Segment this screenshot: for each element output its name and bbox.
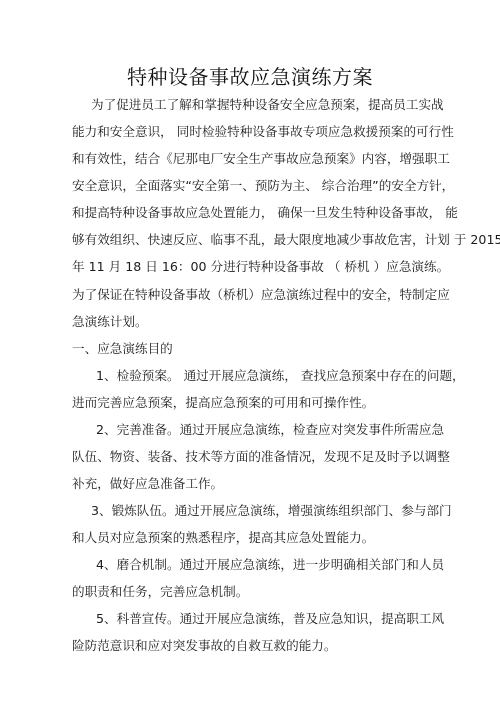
paragraph-line: 5、科普宣传。通过开展应急演练，普及应急知识，提高职工风 [96, 610, 444, 628]
paragraph-line: 队伍、物资、装备、技术等方面的准备情况，发现不足及时予以调整 [72, 448, 450, 466]
paragraph-line: 2、完善准备。通过开展应急演练，检查应对突发事件所需应急 [96, 421, 444, 439]
paragraph-line: 4、磨合机制。通过开展应急演练，进一步明确相关部门和人员 [96, 556, 444, 574]
paragraph-line: 3、锻炼队伍。通过开展应急演练，增强演练组织部门、参与部门 [91, 502, 452, 520]
paragraph-line: 为了促进员工了解和掌握特种设备安全应急预案，提高员工实战 [91, 96, 444, 114]
paragraph-line: 为了保证在特种设备事故（桥机）应急演练过程中的安全，特制定应 [72, 286, 450, 304]
paragraph-line: 险防范意识和应对突发事故的自救互救的能力。 [72, 637, 336, 655]
paragraph-line: 和提高特种设备事故应急处置能力， 确保一旦发生特种设备事故， 能 [72, 204, 458, 222]
paragraph-line: 安全意识，全面落实“安全第一、预防为主、 综合治理”的安全方针， [72, 177, 454, 195]
paragraph-line: 的职责和任务，完善应急机制。 [72, 583, 248, 601]
paragraph-line: 1、检验预案。 通过开展应急演练， 查找应急预案中存在的问题， [96, 367, 465, 385]
document-title: 特种设备事故应急演练方案 [0, 64, 500, 90]
paragraph-line: 一、应急演练目的 [72, 340, 173, 358]
paragraph-line: 够有效组织、快速反应、临事不乱，最大限度地减少事故危害，计划 于 2015 [72, 231, 500, 249]
paragraph-line: 进而完善应急预案，提高应急预案的可用和可操作性。 [72, 394, 374, 412]
paragraph-line: 能力和安全意识， 同时检验特种设备事故专项应急救援预案的可行性 [72, 123, 454, 141]
paragraph-line: 和有效性，结合《尼那电厂安全生产事故应急预案》内容，增强职工 [72, 150, 450, 168]
paragraph-line: 急演练计划。 [72, 313, 148, 331]
paragraph-line: 和人员对应急预案的熟悉程序，提高其应急处置能力。 [72, 529, 374, 547]
paragraph-line: 年 11 月 18 日 16：00 分进行特种设备事故 （ 桥机 ）应急演练。 [72, 258, 449, 276]
paragraph-line: 补充，做好应急准备工作。 [72, 475, 223, 493]
